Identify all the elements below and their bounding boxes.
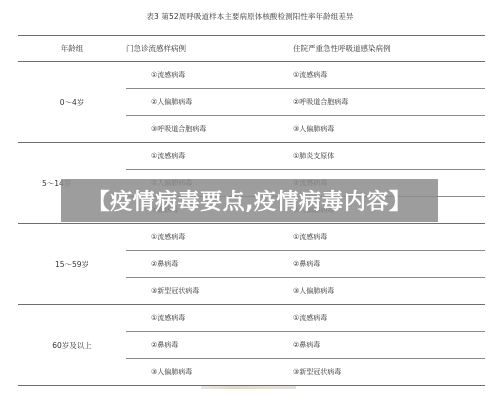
outpatient-cell: ①流感病毒 [126,151,293,161]
overlay-banner: 【疫情病毒要点,疫情病毒内容】 [61,179,438,222]
table-row: ③人偏肺病毒 ③新型冠状病毒 [126,359,485,385]
outpatient-cell: ③新型冠状病毒 [126,286,293,296]
outpatient-cell: ②人偏肺病毒 [126,97,293,107]
inpatient-cell: ②鼻病毒 [293,340,485,350]
header-inpatient: 住院严重急性呼吸道感染病例 [293,43,391,54]
table-row: ③呼吸道合胞病毒 ③人偏肺病毒 [126,116,485,142]
inpatient-cell: ③人偏肺病毒 [293,124,485,134]
age-label: 60岁及以上 [18,305,126,385]
table-row: ①流感病毒 ①流感病毒 [126,305,485,331]
table-header: 年龄组 门急诊流感样病例 住院严重急性呼吸道感染病例 [18,36,485,61]
table-row: ①流感病毒 ①流感病毒 [126,62,485,88]
outpatient-cell: ①流感病毒 [126,313,293,323]
inpatient-cell: ①流感病毒 [293,70,485,80]
age-group-60-plus: 60岁及以上 ①流感病毒 ①流感病毒 ②鼻病毒 ②鼻病毒 ③人偏肺病毒 ③新型冠… [18,305,485,385]
inpatient-cell: ②呼吸道合胞病毒 [293,97,485,107]
age-group-15-59: 15～59岁 ①流感病毒 ①流感病毒 ②鼻病毒 ②鼻病毒 ③新型冠状病毒 ③人偏… [18,224,485,304]
header-age-group: 年龄组 [18,43,126,54]
table-row: ①流感病毒 ①流感病毒 [126,224,485,250]
age-label: 15～59岁 [18,224,126,304]
inpatient-cell: ①流感病毒 [293,232,485,242]
inpatient-cell: ②鼻病毒 [293,259,485,269]
outpatient-cell: ②鼻病毒 [126,259,293,269]
outpatient-cell: ③人偏肺病毒 [126,367,293,377]
table-row: ③新型冠状病毒 ③人偏肺病毒 [126,278,485,304]
table-row: ①流感病毒 ①肺炎支原体 [126,143,485,169]
table-row: ②人偏肺病毒 ②呼吸道合胞病毒 [126,89,485,115]
age-group-0-4: 0～4岁 ①流感病毒 ①流感病毒 ②人偏肺病毒 ②呼吸道合胞病毒 ③呼吸道合胞病… [18,62,485,142]
inpatient-cell: ③新型冠状病毒 [293,367,485,377]
decorative-smudge [201,386,296,389]
outpatient-cell: ①流感病毒 [126,232,293,242]
table-row: ②鼻病毒 ②鼻病毒 [126,332,485,358]
table-title: 表3 第52周呼吸道样本主要病原体核酸检测阳性率年龄组差异 [0,11,500,22]
inpatient-cell: ①流感病毒 [293,313,485,323]
header-outpatient: 门急诊流感样病例 [126,43,234,54]
inpatient-cell: ③人偏肺病毒 [293,286,485,296]
table-row: ②鼻病毒 ②鼻病毒 [126,251,485,277]
outpatient-cell: ③呼吸道合胞病毒 [126,124,293,134]
outpatient-cell: ②鼻病毒 [126,340,293,350]
age-label: 0～4岁 [18,62,126,142]
outpatient-cell: ①流感病毒 [126,70,293,80]
inpatient-cell: ①肺炎支原体 [293,151,485,161]
